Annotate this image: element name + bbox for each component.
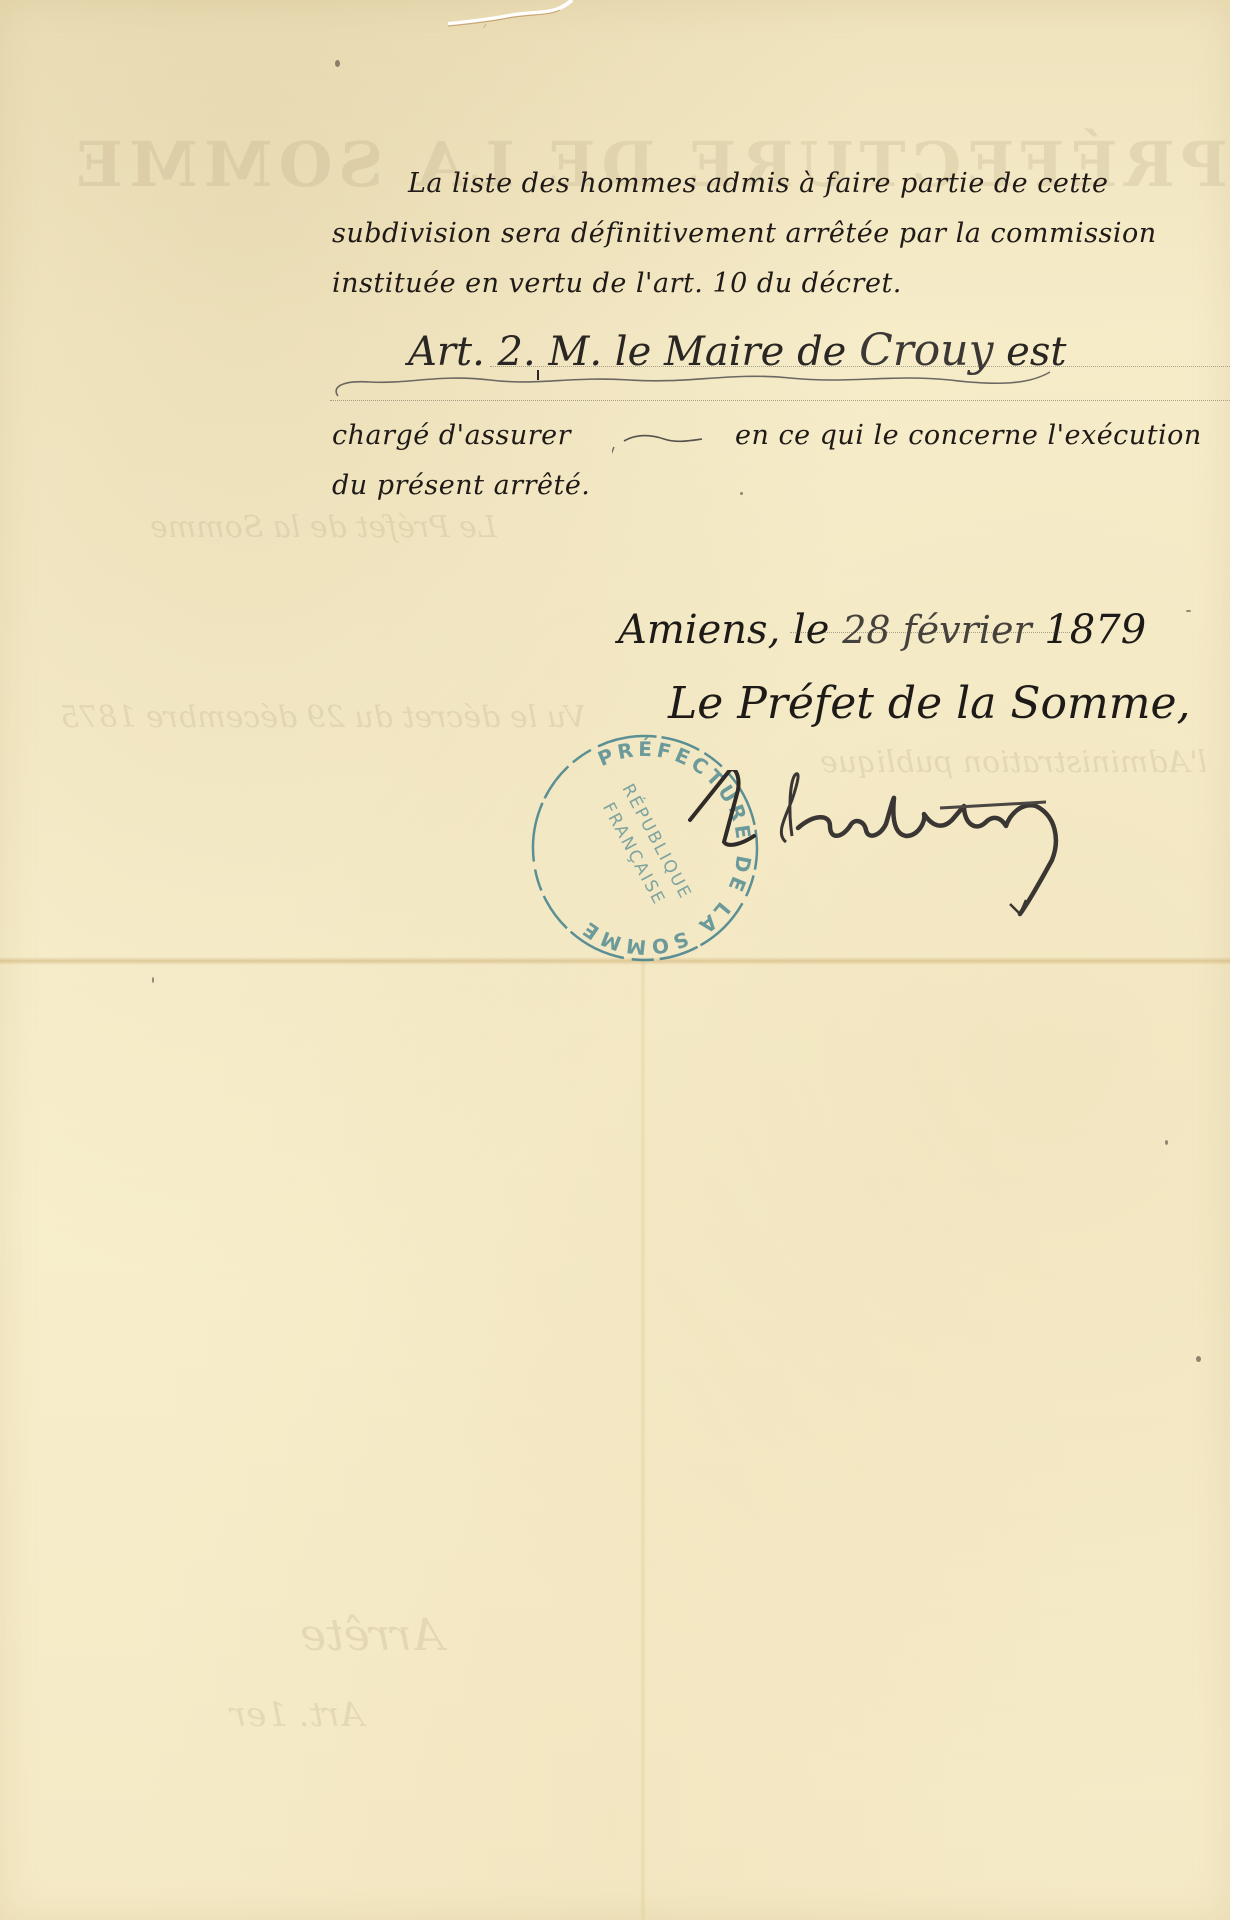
place-prefix: Amiens, le bbox=[618, 607, 829, 653]
article-2-suffix: est bbox=[1006, 329, 1066, 375]
place-date-line: Amiens, le 28 février 1879 bbox=[618, 607, 1146, 653]
ink-speck bbox=[152, 977, 154, 983]
vertical-fold-crease bbox=[640, 960, 646, 1920]
blank-fill-squiggle bbox=[612, 425, 704, 455]
body-line-3: instituée en vertu de l'art. 10 du décre… bbox=[332, 268, 902, 299]
body-line-2: subdivision sera définitivement arrêtée … bbox=[332, 218, 1157, 249]
paper-tear bbox=[448, 0, 578, 28]
dotted-fill-line bbox=[790, 632, 1070, 633]
commune-name: Crouy bbox=[859, 325, 993, 376]
prefect-signature: Leubitte bbox=[680, 770, 1100, 920]
body-line-1: La liste des hommes admis à faire partie… bbox=[408, 168, 1109, 199]
ink-speck bbox=[740, 492, 743, 495]
article-2-prefix: Art. 2. M. le Maire de bbox=[408, 329, 846, 375]
article-2-line: Art. 2. M. le Maire de Crouy est bbox=[408, 325, 1066, 376]
bleed-through-line: Art. 1er bbox=[230, 1695, 364, 1735]
bleed-through-line: Arrête bbox=[300, 1610, 444, 1661]
body-line-6: du présent arrêté. bbox=[332, 470, 590, 501]
date-year: 1879 bbox=[1044, 607, 1146, 653]
ink-speck bbox=[1196, 1356, 1201, 1362]
body-line-5-right: en ce qui le concerne l'exécution bbox=[735, 420, 1202, 451]
bleed-through-line: Le Préfet de la Somme bbox=[150, 510, 497, 545]
ink-speck bbox=[1186, 610, 1191, 612]
dotted-fill-line bbox=[330, 400, 1230, 401]
document-page: PRÉFECTURE DE LA SOMME Le Préfet de la S… bbox=[0, 0, 1230, 1920]
date-day-month: 28 février bbox=[842, 608, 1031, 652]
dotted-fill-line bbox=[490, 366, 1230, 367]
blank-fill-squiggle bbox=[330, 370, 1060, 402]
signatory-title: Le Préfet de la Somme, bbox=[668, 678, 1191, 729]
ink-speck bbox=[1165, 1140, 1168, 1145]
body-line-5-left: chargé d'assurer bbox=[332, 420, 571, 451]
ink-speck bbox=[335, 60, 340, 67]
bleed-through-line: Vu le décret du 29 décembre 1875 bbox=[60, 700, 586, 735]
